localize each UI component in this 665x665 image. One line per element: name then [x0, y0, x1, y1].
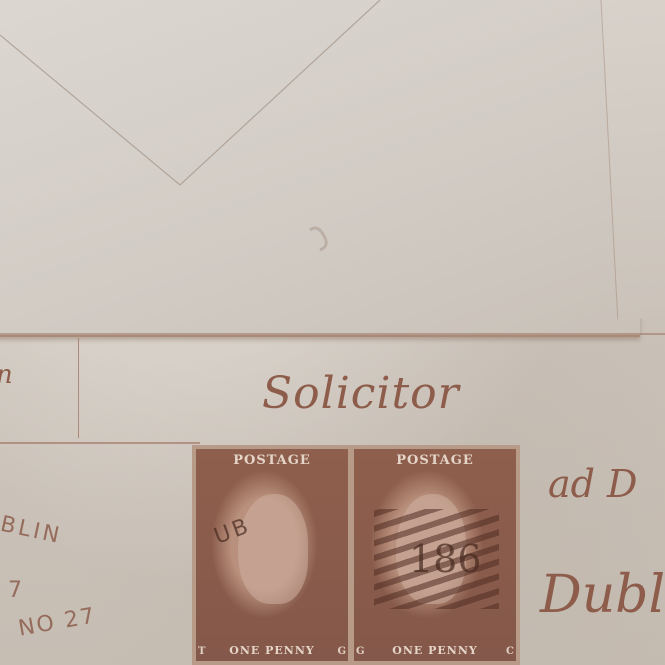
- stamp-value: ONE PENNY: [354, 644, 516, 657]
- handwriting-solicitor: Solicitor: [262, 368, 460, 419]
- ruled-line: [78, 338, 79, 438]
- postmark-day: 7: [8, 578, 22, 603]
- stamp-right: POSTAGE 186 G ONE PENNY C: [350, 445, 520, 665]
- divider-line: [0, 333, 665, 335]
- ruled-line: [0, 442, 200, 444]
- handwriting-right-upper: ad D: [548, 462, 638, 506]
- queen-portrait: [238, 494, 308, 604]
- envelope-flap-lines: [0, 0, 640, 335]
- stamp-value: ONE PENNY: [196, 644, 348, 657]
- envelope: [0, 0, 640, 337]
- photo-scene: n Solicitor ad D Dubl BLIN 7 NO 27 POSTA…: [0, 0, 665, 665]
- handwriting-right-lower: Dubl: [540, 565, 665, 625]
- stamp-left: POSTAGE UB T ONE PENNY G: [192, 445, 352, 665]
- stamp-right-letter: G: [337, 646, 346, 657]
- handwriting-left: n: [0, 360, 13, 390]
- stamp-header: POSTAGE: [196, 453, 348, 468]
- stamp-header: POSTAGE: [354, 453, 516, 468]
- postmark-date: NO 27: [16, 603, 98, 641]
- cancel-number: 186: [409, 537, 482, 581]
- postmark-town: BLIN: [0, 512, 64, 549]
- stamp-right-letter: C: [506, 646, 514, 657]
